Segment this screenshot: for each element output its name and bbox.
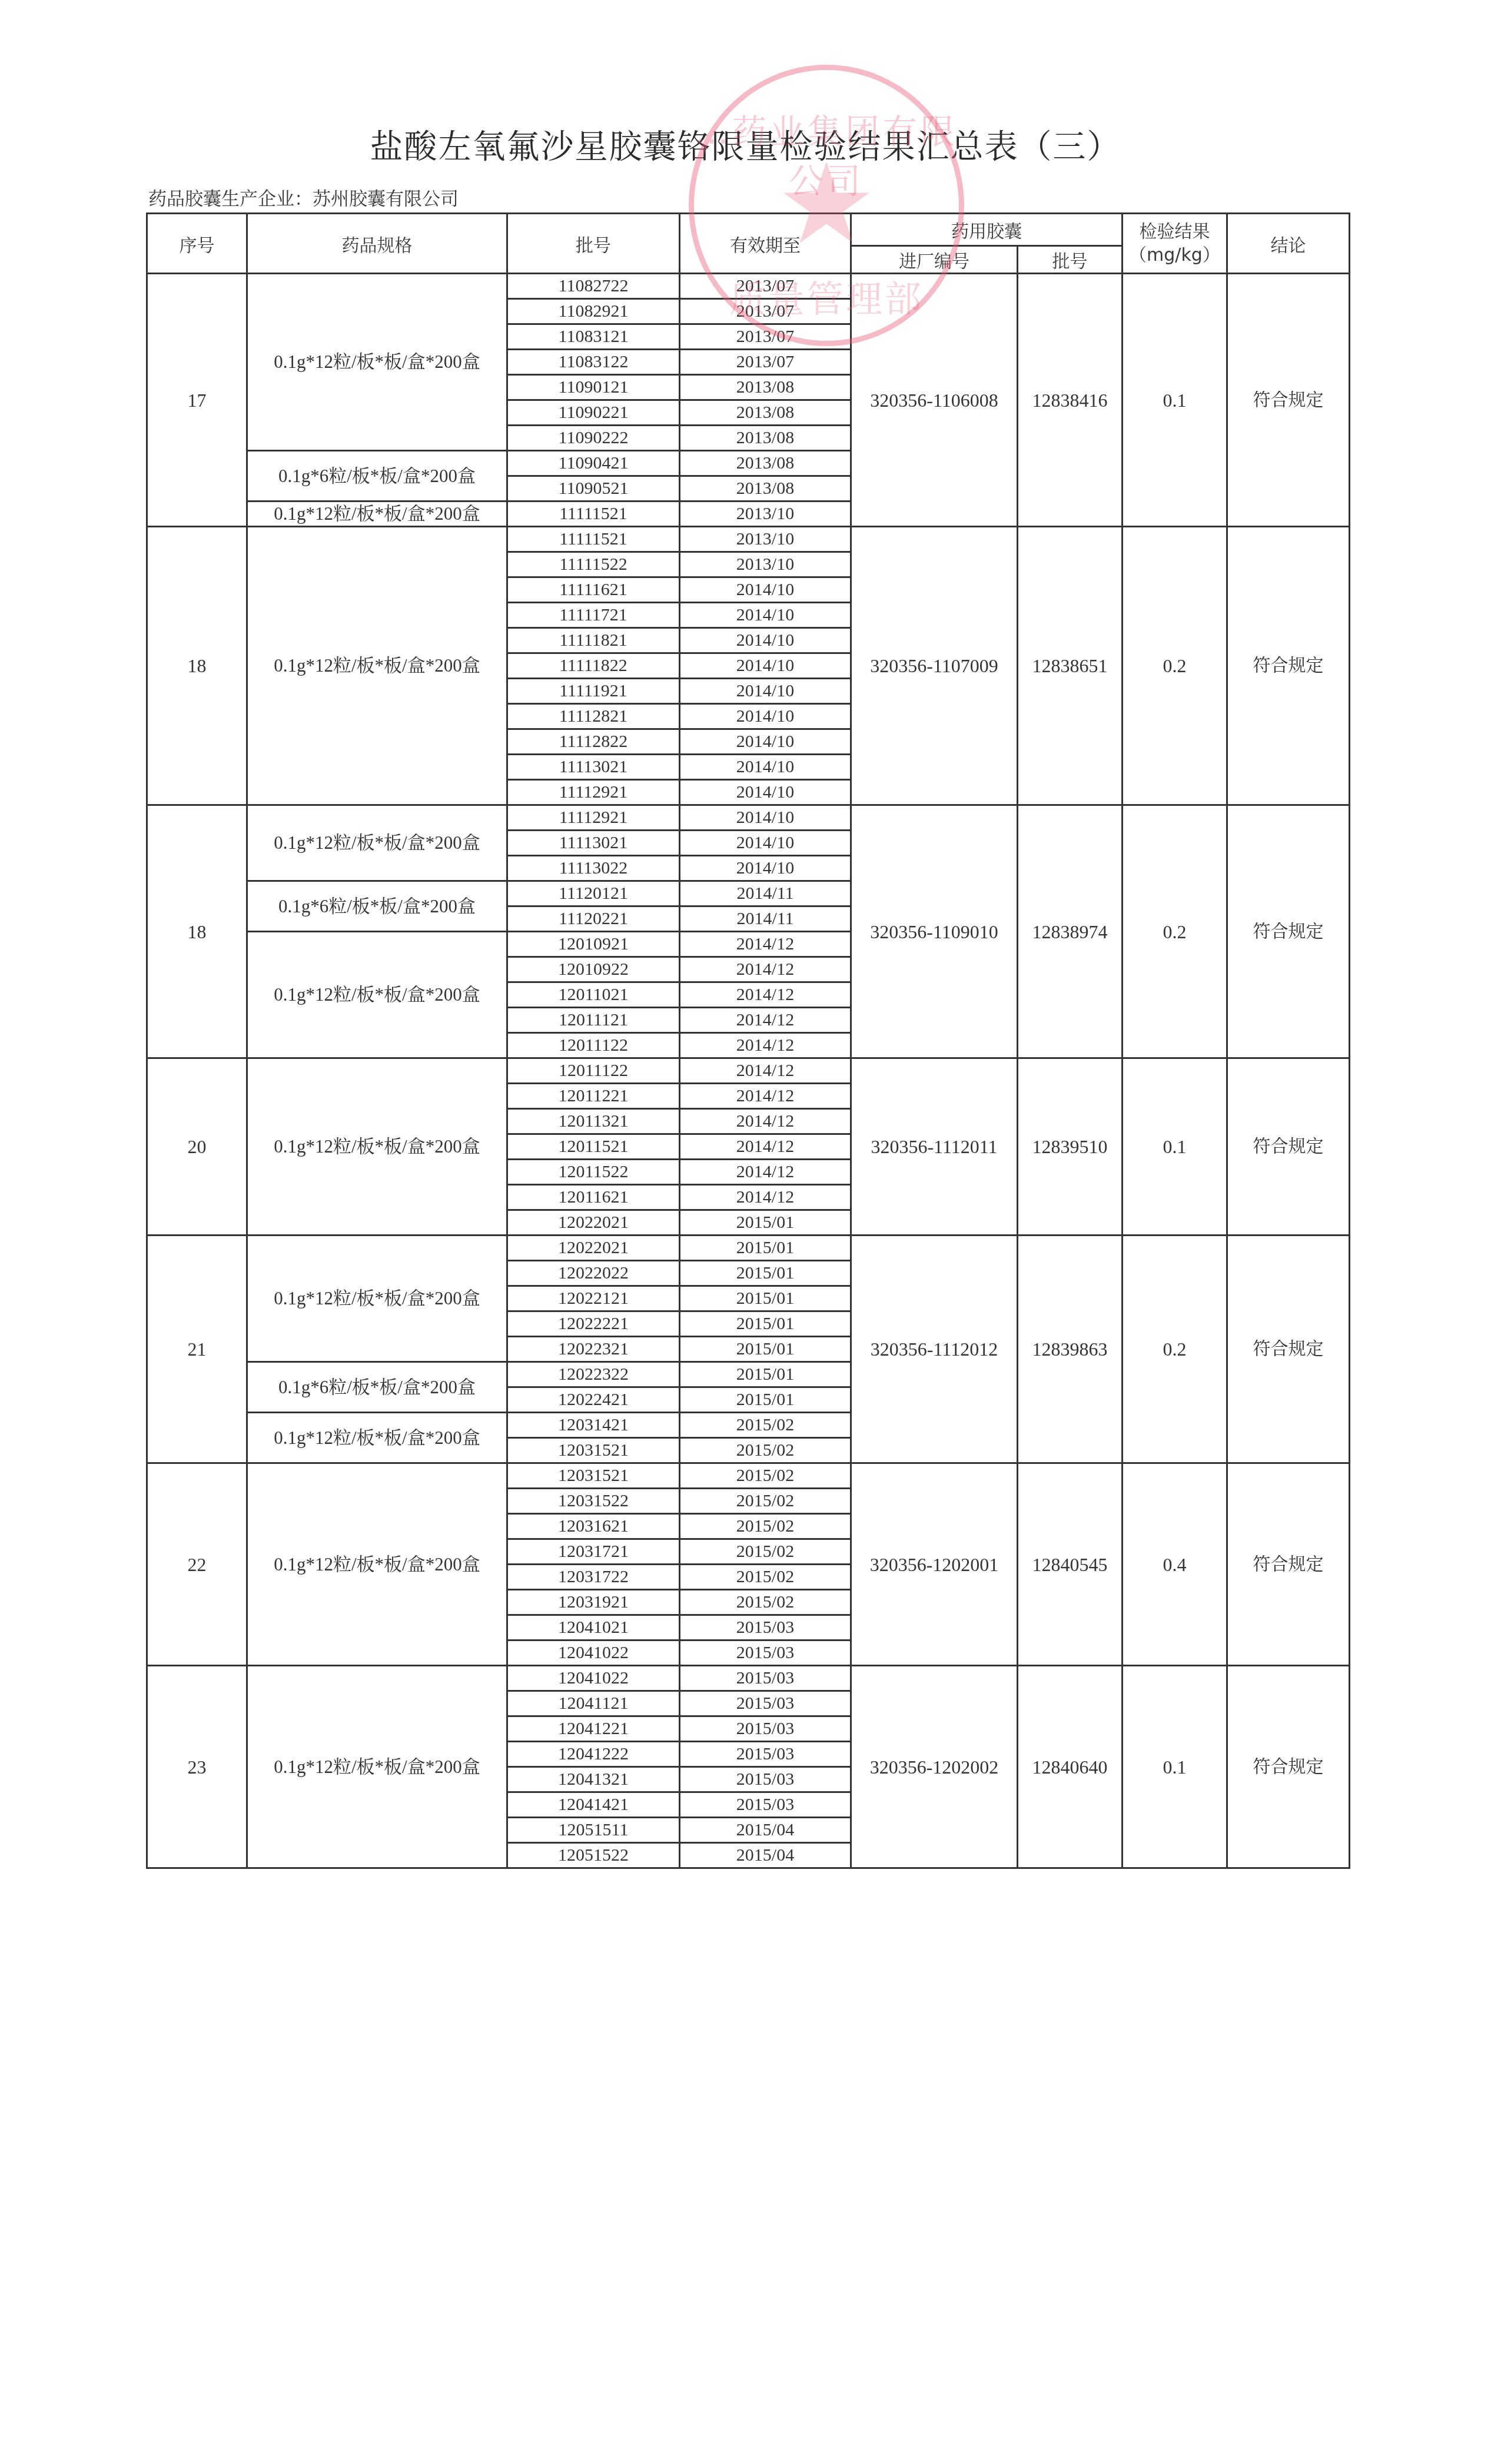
result-cell: 0.1 bbox=[1123, 274, 1227, 527]
expiry-cell: 2014/10 bbox=[680, 729, 851, 755]
expiry-cell: 2014/10 bbox=[680, 653, 851, 679]
expiry-cell: 2015/02 bbox=[680, 1514, 851, 1539]
table-row: 200.1g*12粒/板*板/盒*200盒120111222014/123203… bbox=[147, 1058, 1350, 1084]
manufacturer-label: 药品胶囊生产企业：苏州胶囊有限公司 bbox=[148, 184, 459, 210]
batch-cell: 12022021 bbox=[507, 1210, 680, 1236]
seq-cell: 20 bbox=[147, 1058, 247, 1236]
expiry-cell: 2014/12 bbox=[680, 1134, 851, 1160]
batch-cell: 12011621 bbox=[507, 1185, 680, 1210]
batch-cell: 11111521 bbox=[507, 527, 680, 552]
expiry-cell: 2014/10 bbox=[680, 831, 851, 856]
conclusion-cell: 符合规定 bbox=[1227, 1666, 1350, 1868]
expiry-cell: 2014/10 bbox=[680, 603, 851, 628]
capsule-batch-cell: 12838974 bbox=[1018, 805, 1123, 1058]
batch-cell: 12011121 bbox=[507, 1008, 680, 1033]
spec-cell: 0.1g*6粒/板*板/盒*200盒 bbox=[247, 451, 507, 502]
expiry-cell: 2015/01 bbox=[680, 1362, 851, 1387]
header-expiry: 有效期至 bbox=[680, 214, 851, 274]
expiry-cell: 2015/03 bbox=[680, 1767, 851, 1792]
batch-cell: 11082921 bbox=[507, 299, 680, 324]
capsule-intake-no-cell: 320356-1112011 bbox=[851, 1058, 1018, 1236]
batch-cell: 12031721 bbox=[507, 1539, 680, 1565]
table-row: 230.1g*12粒/板*板/盒*200盒120410222015/033203… bbox=[147, 1666, 1350, 1691]
expiry-cell: 2013/07 bbox=[680, 350, 851, 375]
batch-cell: 11111721 bbox=[507, 603, 680, 628]
spec-cell: 0.1g*12粒/板*板/盒*200盒 bbox=[247, 274, 507, 451]
expiry-cell: 2014/10 bbox=[680, 805, 851, 831]
expiry-cell: 2015/02 bbox=[680, 1413, 851, 1438]
batch-cell: 11113021 bbox=[507, 755, 680, 780]
expiry-cell: 2014/10 bbox=[680, 755, 851, 780]
expiry-cell: 2015/03 bbox=[680, 1792, 851, 1818]
spec-cell: 0.1g*12粒/板*板/盒*200盒 bbox=[247, 1058, 507, 1236]
table-row: 220.1g*12粒/板*板/盒*200盒120315212015/023203… bbox=[147, 1463, 1350, 1489]
batch-cell: 12031621 bbox=[507, 1514, 680, 1539]
page-title: 盐酸左氧氟沙星胶囊铬限量检验结果汇总表（三） bbox=[0, 121, 1491, 168]
capsule-intake-no-cell: 320356-1109010 bbox=[851, 805, 1018, 1058]
batch-cell: 11113022 bbox=[507, 856, 680, 881]
batch-cell: 12011122 bbox=[507, 1033, 680, 1058]
conclusion-cell: 符合规定 bbox=[1227, 1058, 1350, 1236]
expiry-cell: 2015/02 bbox=[680, 1489, 851, 1514]
capsule-intake-no-cell: 320356-1202002 bbox=[851, 1666, 1018, 1868]
expiry-cell: 2014/12 bbox=[680, 982, 851, 1008]
spec-cell: 0.1g*6粒/板*板/盒*200盒 bbox=[247, 1362, 507, 1413]
batch-cell: 11113021 bbox=[507, 831, 680, 856]
header-batch: 批号 bbox=[507, 214, 680, 274]
batch-cell: 11082722 bbox=[507, 274, 680, 299]
batch-cell: 12022421 bbox=[507, 1387, 680, 1413]
expiry-cell: 2014/10 bbox=[680, 628, 851, 653]
results-summary-table: 序号 药品规格 批号 有效期至 药用胶囊 检验结果 （mg/kg） 结论 进厂编… bbox=[146, 212, 1350, 1869]
conclusion-cell: 符合规定 bbox=[1227, 274, 1350, 527]
batch-cell: 12051511 bbox=[507, 1818, 680, 1843]
batch-cell: 12022021 bbox=[507, 1236, 680, 1261]
expiry-cell: 2014/10 bbox=[680, 780, 851, 805]
expiry-cell: 2014/10 bbox=[680, 704, 851, 729]
result-cell: 0.1 bbox=[1123, 1666, 1227, 1868]
seq-cell: 17 bbox=[147, 274, 247, 527]
spec-cell: 0.1g*12粒/板*板/盒*200盒 bbox=[247, 1666, 507, 1868]
table-row: 210.1g*12粒/板*板/盒*200盒120220212015/013203… bbox=[147, 1236, 1350, 1261]
spec-cell: 0.1g*12粒/板*板/盒*200盒 bbox=[247, 1236, 507, 1362]
batch-cell: 12011321 bbox=[507, 1109, 680, 1134]
expiry-cell: 2015/03 bbox=[680, 1641, 851, 1666]
batch-cell: 12022121 bbox=[507, 1286, 680, 1311]
batch-cell: 12041321 bbox=[507, 1767, 680, 1792]
batch-cell: 11090421 bbox=[507, 451, 680, 476]
header-capsule-group: 药用胶囊 bbox=[851, 214, 1123, 246]
capsule-intake-no-cell: 320356-1202001 bbox=[851, 1463, 1018, 1666]
capsule-intake-no-cell: 320356-1107009 bbox=[851, 527, 1018, 805]
expiry-cell: 2013/08 bbox=[680, 451, 851, 476]
expiry-cell: 2013/07 bbox=[680, 299, 851, 324]
conclusion-cell: 符合规定 bbox=[1227, 1236, 1350, 1463]
batch-cell: 11111821 bbox=[507, 628, 680, 653]
batch-cell: 12011021 bbox=[507, 982, 680, 1008]
header-capsule-batch: 批号 bbox=[1018, 246, 1123, 274]
result-cell: 0.1 bbox=[1123, 1058, 1227, 1236]
batch-cell: 12022221 bbox=[507, 1311, 680, 1337]
spec-cell: 0.1g*12粒/板*板/盒*200盒 bbox=[247, 1413, 507, 1463]
spec-cell: 0.1g*6粒/板*板/盒*200盒 bbox=[247, 881, 507, 932]
expiry-cell: 2013/08 bbox=[680, 400, 851, 426]
header-seq: 序号 bbox=[147, 214, 247, 274]
conclusion-cell: 符合规定 bbox=[1227, 805, 1350, 1058]
expiry-cell: 2013/07 bbox=[680, 324, 851, 350]
expiry-cell: 2015/01 bbox=[680, 1311, 851, 1337]
batch-cell: 12031722 bbox=[507, 1565, 680, 1590]
expiry-cell: 2015/01 bbox=[680, 1236, 851, 1261]
batch-cell: 11112821 bbox=[507, 704, 680, 729]
batch-cell: 11120221 bbox=[507, 906, 680, 932]
expiry-cell: 2015/01 bbox=[680, 1286, 851, 1311]
batch-cell: 11083121 bbox=[507, 324, 680, 350]
result-cell: 0.2 bbox=[1123, 1236, 1227, 1463]
spec-cell: 0.1g*12粒/板*板/盒*200盒 bbox=[247, 527, 507, 805]
expiry-cell: 2013/10 bbox=[680, 527, 851, 552]
batch-cell: 12011221 bbox=[507, 1084, 680, 1109]
result-cell: 0.4 bbox=[1123, 1463, 1227, 1666]
table-row: 180.1g*12粒/板*板/盒*200盒111115212013/103203… bbox=[147, 527, 1350, 552]
table-row: 170.1g*12粒/板*板/盒*200盒110827222013/073203… bbox=[147, 274, 1350, 299]
expiry-cell: 2015/01 bbox=[680, 1261, 851, 1286]
expiry-cell: 2015/01 bbox=[680, 1210, 851, 1236]
header-spec: 药品规格 bbox=[247, 214, 507, 274]
batch-cell: 12041222 bbox=[507, 1742, 680, 1767]
expiry-cell: 2015/02 bbox=[680, 1539, 851, 1565]
expiry-cell: 2015/03 bbox=[680, 1691, 851, 1716]
conclusion-cell: 符合规定 bbox=[1227, 527, 1350, 805]
expiry-cell: 2013/08 bbox=[680, 426, 851, 451]
expiry-cell: 2015/04 bbox=[680, 1843, 851, 1868]
expiry-cell: 2014/12 bbox=[680, 1008, 851, 1033]
batch-cell: 11112921 bbox=[507, 805, 680, 831]
capsule-batch-cell: 12838416 bbox=[1018, 274, 1123, 527]
batch-cell: 11111521 bbox=[507, 502, 680, 527]
expiry-cell: 2014/12 bbox=[680, 1160, 851, 1185]
expiry-cell: 2014/12 bbox=[680, 1109, 851, 1134]
expiry-cell: 2014/12 bbox=[680, 1084, 851, 1109]
batch-cell: 12010922 bbox=[507, 957, 680, 982]
result-cell: 0.2 bbox=[1123, 805, 1227, 1058]
expiry-cell: 2014/12 bbox=[680, 1033, 851, 1058]
seq-cell: 18 bbox=[147, 527, 247, 805]
capsule-batch-cell: 12838651 bbox=[1018, 527, 1123, 805]
batch-cell: 11111921 bbox=[507, 679, 680, 704]
header-conclusion: 结论 bbox=[1227, 214, 1350, 274]
table-row: 180.1g*12粒/板*板/盒*200盒111129212014/103203… bbox=[147, 805, 1350, 831]
expiry-cell: 2015/01 bbox=[680, 1387, 851, 1413]
header-result: 检验结果 （mg/kg） bbox=[1123, 214, 1227, 274]
batch-cell: 12031921 bbox=[507, 1590, 680, 1615]
batch-cell: 12031522 bbox=[507, 1489, 680, 1514]
expiry-cell: 2014/10 bbox=[680, 679, 851, 704]
capsule-batch-cell: 12839510 bbox=[1018, 1058, 1123, 1236]
batch-cell: 12011522 bbox=[507, 1160, 680, 1185]
batch-cell: 11111822 bbox=[507, 653, 680, 679]
expiry-cell: 2014/10 bbox=[680, 856, 851, 881]
batch-cell: 12022022 bbox=[507, 1261, 680, 1286]
capsule-batch-cell: 12840545 bbox=[1018, 1463, 1123, 1666]
batch-cell: 12031521 bbox=[507, 1438, 680, 1463]
batch-cell: 12031421 bbox=[507, 1413, 680, 1438]
batch-cell: 11090222 bbox=[507, 426, 680, 451]
spec-cell: 0.1g*12粒/板*板/盒*200盒 bbox=[247, 1463, 507, 1666]
header-capsule-intake-no: 进厂编号 bbox=[851, 246, 1018, 274]
seq-cell: 21 bbox=[147, 1236, 247, 1463]
expiry-cell: 2015/02 bbox=[680, 1590, 851, 1615]
expiry-cell: 2015/02 bbox=[680, 1438, 851, 1463]
expiry-cell: 2013/07 bbox=[680, 274, 851, 299]
batch-cell: 12031521 bbox=[507, 1463, 680, 1489]
expiry-cell: 2014/12 bbox=[680, 957, 851, 982]
batch-cell: 12011521 bbox=[507, 1134, 680, 1160]
expiry-cell: 2014/12 bbox=[680, 1058, 851, 1084]
expiry-cell: 2013/10 bbox=[680, 502, 851, 527]
spec-cell: 0.1g*12粒/板*板/盒*200盒 bbox=[247, 502, 507, 527]
result-cell: 0.2 bbox=[1123, 527, 1227, 805]
batch-cell: 12022321 bbox=[507, 1337, 680, 1362]
expiry-cell: 2014/12 bbox=[680, 932, 851, 957]
batch-cell: 11111621 bbox=[507, 577, 680, 603]
expiry-cell: 2013/08 bbox=[680, 375, 851, 400]
expiry-cell: 2015/03 bbox=[680, 1615, 851, 1641]
capsule-intake-no-cell: 320356-1112012 bbox=[851, 1236, 1018, 1463]
batch-cell: 11112921 bbox=[507, 780, 680, 805]
batch-cell: 11112822 bbox=[507, 729, 680, 755]
batch-cell: 12010921 bbox=[507, 932, 680, 957]
batch-cell: 12022322 bbox=[507, 1362, 680, 1387]
seq-cell: 22 bbox=[147, 1463, 247, 1666]
batch-cell: 12041022 bbox=[507, 1641, 680, 1666]
batch-cell: 11111522 bbox=[507, 552, 680, 577]
batch-cell: 11120121 bbox=[507, 881, 680, 906]
seq-cell: 18 bbox=[147, 805, 247, 1058]
expiry-cell: 2015/03 bbox=[680, 1666, 851, 1691]
capsule-batch-cell: 12840640 bbox=[1018, 1666, 1123, 1868]
batch-cell: 12041121 bbox=[507, 1691, 680, 1716]
batch-cell: 12041022 bbox=[507, 1666, 680, 1691]
expiry-cell: 2013/08 bbox=[680, 476, 851, 502]
table-body: 170.1g*12粒/板*板/盒*200盒110827222013/073203… bbox=[147, 274, 1350, 1868]
batch-cell: 12041221 bbox=[507, 1716, 680, 1742]
expiry-cell: 2015/01 bbox=[680, 1337, 851, 1362]
expiry-cell: 2014/10 bbox=[680, 577, 851, 603]
batch-cell: 11090521 bbox=[507, 476, 680, 502]
capsule-batch-cell: 12839863 bbox=[1018, 1236, 1123, 1463]
expiry-cell: 2015/03 bbox=[680, 1742, 851, 1767]
expiry-cell: 2015/04 bbox=[680, 1818, 851, 1843]
batch-cell: 12041021 bbox=[507, 1615, 680, 1641]
batch-cell: 12051522 bbox=[507, 1843, 680, 1868]
batch-cell: 11090221 bbox=[507, 400, 680, 426]
seq-cell: 23 bbox=[147, 1666, 247, 1868]
expiry-cell: 2015/02 bbox=[680, 1463, 851, 1489]
batch-cell: 12041421 bbox=[507, 1792, 680, 1818]
spec-cell: 0.1g*12粒/板*板/盒*200盒 bbox=[247, 805, 507, 881]
conclusion-cell: 符合规定 bbox=[1227, 1463, 1350, 1666]
expiry-cell: 2014/12 bbox=[680, 1185, 851, 1210]
expiry-cell: 2014/11 bbox=[680, 881, 851, 906]
expiry-cell: 2015/02 bbox=[680, 1565, 851, 1590]
batch-cell: 12011122 bbox=[507, 1058, 680, 1084]
batch-cell: 11083122 bbox=[507, 350, 680, 375]
batch-cell: 11090121 bbox=[507, 375, 680, 400]
expiry-cell: 2013/10 bbox=[680, 552, 851, 577]
expiry-cell: 2015/03 bbox=[680, 1716, 851, 1742]
expiry-cell: 2014/11 bbox=[680, 906, 851, 932]
spec-cell: 0.1g*12粒/板*板/盒*200盒 bbox=[247, 932, 507, 1058]
capsule-intake-no-cell: 320356-1106008 bbox=[851, 274, 1018, 527]
